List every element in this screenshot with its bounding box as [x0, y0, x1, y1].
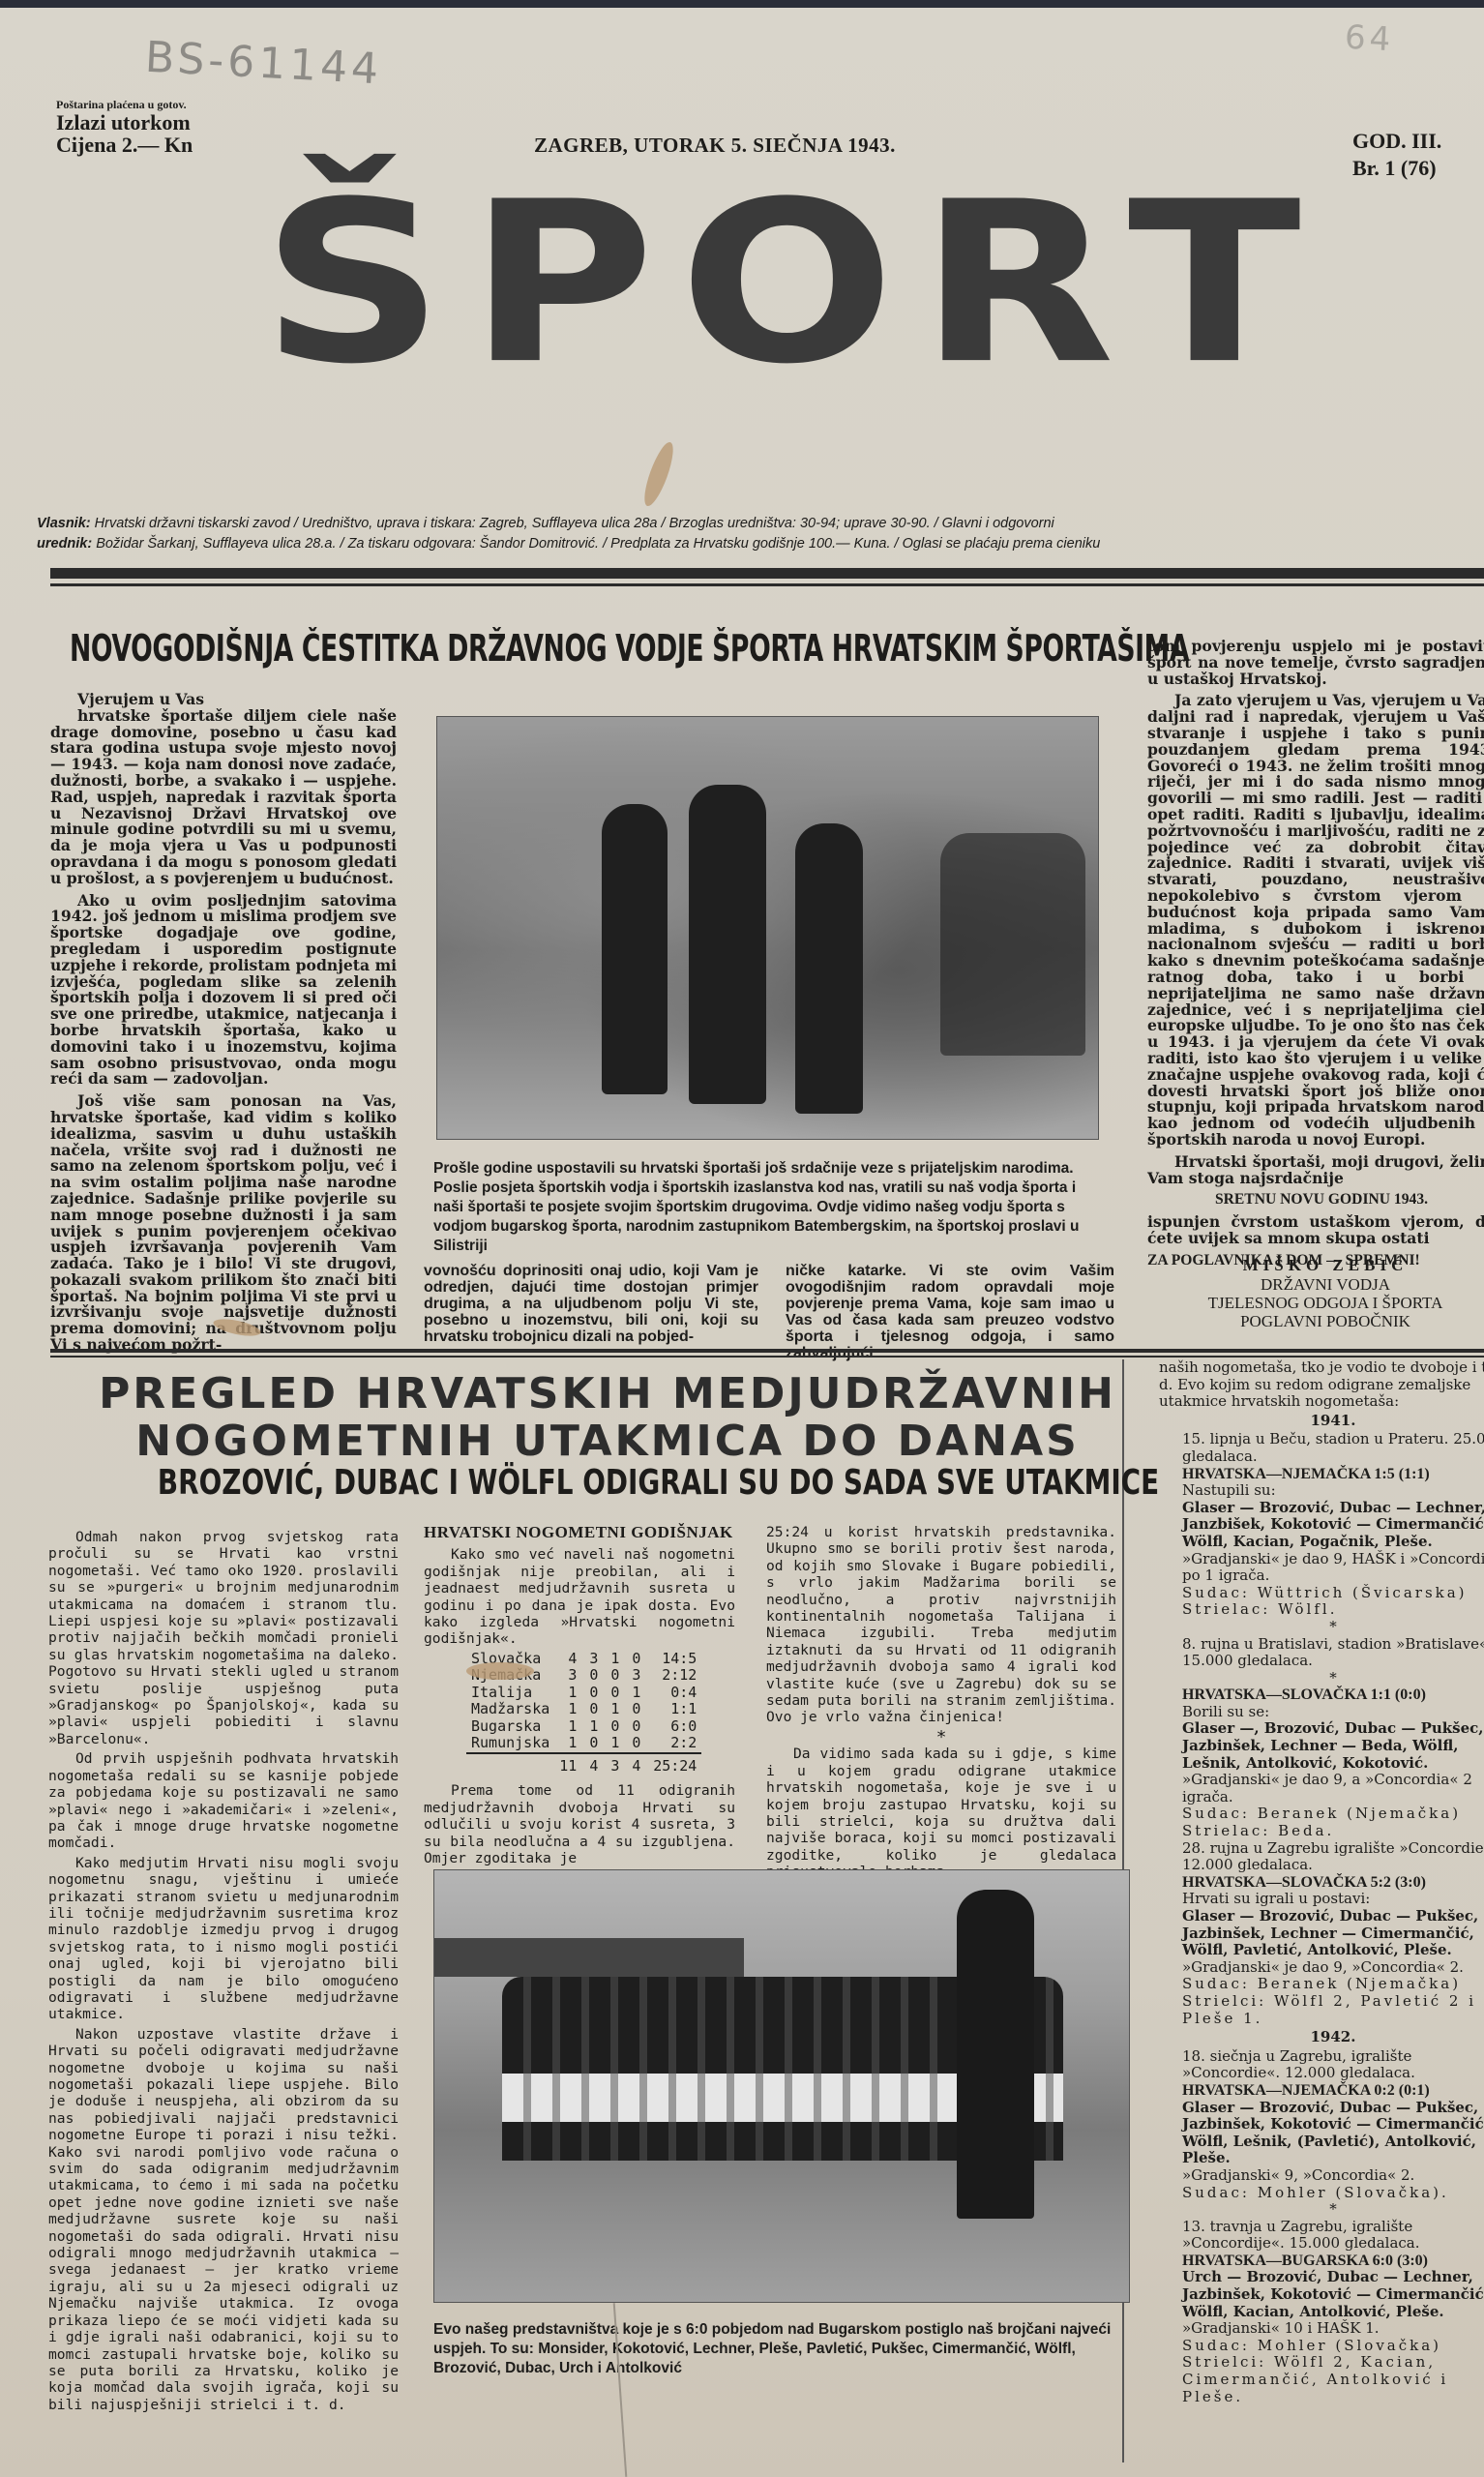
goals: 2:2 — [645, 1735, 701, 1753]
match3-lineup: Glaser — Brozović, Dubac — Pukšec, Jazbi… — [1159, 1908, 1484, 1959]
article1-col4-p1: tom povjerenju uspjelo mi je postaviti š… — [1147, 639, 1484, 687]
match5-lineup: Urch — Brozović, Dubac — Lechner, Jazbin… — [1159, 2269, 1484, 2320]
article1-col1: Vjerujem u Vas hrvatske športaše diljem … — [50, 692, 397, 1359]
won: 0 — [581, 1701, 603, 1718]
team-photo-caption: Evo našeg predstavništva koje je s 6:0 p… — [433, 2320, 1130, 2378]
total-goals: 25:24 — [645, 1753, 701, 1776]
article1-photo-caption: Prošle godine uspostavili su hrvatski šp… — [433, 1159, 1099, 1256]
won: 0 — [581, 1667, 603, 1685]
table-row: Bugarska11006:0 — [466, 1718, 701, 1736]
article2-p2: Od prvih uspješnih podhvata hrvatskih no… — [48, 1750, 399, 1851]
total-drawn: 3 — [603, 1753, 624, 1776]
played: 1 — [554, 1718, 581, 1736]
lost: 0 — [624, 1701, 645, 1718]
drawn: 1 — [603, 1701, 624, 1718]
team: Madžarska — [466, 1701, 554, 1718]
issue: Br. 1 (76) — [1352, 155, 1441, 182]
won: 3 — [581, 1651, 603, 1668]
match1-lineup-label: Nastupili su: — [1159, 1482, 1484, 1500]
imprint-line2: Božidar Šarkanj, Sufflayeva ulica 28.a. … — [96, 536, 1100, 552]
newspaper-logo: ŠPORT — [261, 172, 1325, 395]
photo-figure — [689, 785, 766, 1104]
played: 3 — [554, 1667, 581, 1685]
new-year-greeting: SRETNU NOVU GODINU 1943. — [1147, 1192, 1484, 1209]
drawn: 0 — [603, 1718, 624, 1736]
star-divider: * — [1159, 2201, 1484, 2219]
star-divider: * — [1159, 1670, 1484, 1687]
article1-photo — [436, 716, 1099, 1140]
imprint-line1: Hrvatski državni tiskarski zavod / Uredn… — [95, 516, 1054, 531]
newspaper-page: BS-61144 64 Poštarina plaćena u gotov. I… — [0, 0, 1484, 2477]
year-1942: 1942. — [1159, 2029, 1484, 2046]
masthead-info: Poštarina plaćena u gotov. Izlazi utorko… — [56, 99, 193, 156]
drawn: 0 — [603, 1685, 624, 1702]
imprint-editor-label: urednik: — [37, 536, 92, 552]
table-row: Madžarska10101:1 — [466, 1701, 701, 1718]
article1-col4: tom povjerenju uspjelo mi je postaviti š… — [1147, 639, 1484, 1274]
match5-clubs: »Gradjanski« 10 i HAŠK 1. — [1159, 2320, 1484, 2338]
goals: 6:0 — [645, 1718, 701, 1736]
price: Cijena 2.— Kn — [56, 134, 193, 156]
won: 1 — [581, 1718, 603, 1736]
goals: 1:1 — [645, 1701, 701, 1718]
table-total-row: 1143425:24 — [466, 1753, 701, 1776]
star-divider: * — [766, 1729, 1116, 1746]
article1-col4-p2: Ja zato vjerujem u Vas, vjerujem u Vaš d… — [1147, 693, 1484, 1148]
match1-scorer: Strielac: Wölfl. — [1159, 1601, 1484, 1619]
goals: 14:5 — [645, 1651, 701, 1668]
article2-headline: PREGLED HRVATSKIH MEDJUDRŽAVNIH NOGOMETN… — [95, 1370, 1120, 1465]
match4-referee: Sudac: Mohler (Slovačka). — [1159, 2185, 1484, 2202]
match4-lineup: Glaser — Brozović, Dubac — Pukšec, Jazbi… — [1159, 2100, 1484, 2167]
article2-col3: 25:24 u korist hrvatskih predstavnika. U… — [766, 1524, 1116, 1884]
team-photo — [433, 1869, 1130, 2303]
match1-referee: Sudac: Wüttrich (Švicarska) — [1159, 1585, 1484, 1602]
signature-title1: DRŽAVNI VODJA — [1151, 1275, 1484, 1294]
lost: 0 — [624, 1735, 645, 1753]
match3-referee: Sudac: Beranek (Njemačka) — [1159, 1976, 1484, 1993]
table-row: Rumunjska10102:2 — [466, 1735, 701, 1753]
played: 1 — [554, 1701, 581, 1718]
article1-headline: NOVOGODIŠNJA ČESTITKA DRŽAVNOG VODJE ŠPO… — [70, 627, 1189, 670]
lost: 0 — [624, 1718, 645, 1736]
total-lost: 4 — [624, 1753, 645, 1776]
match4-clubs: »Gradjanski« 9, »Concordia« 2. — [1159, 2167, 1484, 2185]
lost: 1 — [624, 1685, 645, 1702]
photo-figure — [795, 823, 863, 1114]
team: Bugarska — [466, 1718, 554, 1736]
team: Italija — [466, 1685, 554, 1702]
signature-title3: POGLAVNI POBOČNIK — [1151, 1312, 1484, 1330]
pencil-archive-mark: BS-61144 — [144, 33, 384, 95]
frequency: Izlazi utorkom — [56, 111, 193, 134]
yearbook-after: Prema tome od 11 odigranih medjudržavnih… — [424, 1782, 735, 1866]
yearbook-title: HRVATSKI NOGOMETNI GODIŠNJAK — [424, 1524, 735, 1540]
match1-clubs: »Gradjanski« je dao 9, HAŠK i »Concordia… — [1159, 1551, 1484, 1585]
article1-col2: vovnošću doprinositi onaj udio, koji Vam… — [424, 1263, 758, 1345]
imprint: Vlasnik: Hrvatski državni tiskarski zavo… — [37, 514, 1484, 554]
won: 0 — [581, 1735, 603, 1753]
played: 1 — [554, 1735, 581, 1753]
match2-venue: 8. rujna u Bratislavi, stadion »Bratisla… — [1159, 1636, 1484, 1670]
match5-referee: Sudac: Mohler (Slovačka) — [1159, 2338, 1484, 2355]
masthead-rule — [50, 568, 1484, 579]
article2-subheadline: BROZOVIĆ, DUBAC I WÖLFL ODIGRALI SU DO S… — [158, 1463, 1048, 1503]
team: Rumunjska — [466, 1735, 554, 1753]
drawn: 1 — [603, 1651, 624, 1668]
article1-col3: ničke katarke. Vi ste ovim Vašim ovogodi… — [786, 1263, 1114, 1361]
match3-title: HRVATSKA—SLOVAČKA 5:2 (3:0) — [1159, 1874, 1484, 1892]
signature-name: MIŠKO ZEBIĆ — [1151, 1256, 1484, 1275]
masthead-rule-thin — [50, 583, 1484, 586]
photo-figure — [602, 804, 668, 1094]
article1-p3: Još više sam ponosan na Vas, hrvatske šp… — [50, 1093, 397, 1354]
played: 1 — [554, 1685, 581, 1702]
match2-referee: Sudac: Beranek (Njemačka) — [1159, 1806, 1484, 1823]
match2-lineup-label: Borili su se: — [1159, 1704, 1484, 1721]
match-list-intro: naših nogometaša, tko je vodio te dvoboj… — [1159, 1359, 1484, 1411]
section-rule — [50, 1349, 1484, 1353]
article2-col3-p2: Da vidimo sada kada su i gdje, s kime i … — [766, 1746, 1116, 1880]
imprint-owner-label: Vlasnik: — [37, 516, 91, 531]
total-played: 11 — [554, 1753, 581, 1776]
article1-col4-p4: ispunjen čvrstom ustaškom vjerom, da ćet… — [1147, 1214, 1484, 1247]
section-rule-thin — [50, 1356, 1484, 1358]
article2-col3-p1: 25:24 u korist hrvatskih predstavnika. U… — [766, 1524, 1116, 1726]
match-list: naših nogometaša, tko je vodio te dvoboj… — [1159, 1359, 1484, 2405]
article2-headline-line2: NOGOMETNIH UTAKMICA DO DANAS — [95, 1418, 1120, 1465]
star-divider: * — [1159, 1619, 1484, 1636]
total-won: 4 — [581, 1753, 603, 1776]
issue-number: GOD. III. Br. 1 (76) — [1352, 128, 1441, 181]
match1-venue: 15. lipnja u Beču, stadion u Prateru. 25… — [1159, 1431, 1484, 1465]
article1-col4-p3: Hrvatski športaši, moji drugovi, želim V… — [1147, 1154, 1484, 1187]
played: 4 — [554, 1651, 581, 1668]
match1-lineup: Glaser — Brozović, Dubac — Lechner, Janz… — [1159, 1500, 1484, 1551]
match1-title: HRVATSKA—NJEMAČKA 1:5 (1:1) — [1159, 1466, 1484, 1483]
article1-p1: hrvatske športaše diljem ciele naše drag… — [50, 708, 397, 887]
won: 0 — [581, 1685, 603, 1702]
article2-headline-line1: PREGLED HRVATSKIH MEDJUDRŽAVNIH — [95, 1370, 1120, 1418]
article2-p3: Kako medjutim Hrvati nisu mogli svoju no… — [48, 1855, 399, 2023]
scan-top-edge — [0, 0, 1484, 8]
drawn: 1 — [603, 1735, 624, 1753]
photo-stand — [434, 1938, 744, 1977]
match4-venue: 18. siečnja u Zagrebu, igralište »Concor… — [1159, 2048, 1484, 2082]
signature-block: MIŠKO ZEBIĆ DRŽAVNI VODJA TJELESNOG ODGO… — [1151, 1256, 1484, 1330]
match3-clubs: »Gradjanski« je dao 9, »Concordia« 2. — [1159, 1959, 1484, 1977]
postage-note: Poštarina plaćena u gotov. — [56, 99, 193, 111]
yearbook-column: HRVATSKI NOGOMETNI GODIŠNJAK Kako smo ve… — [424, 1524, 735, 1869]
match3-scorers: Strielci: Wölfl 2, Pavletić 2 i Pleše 1. — [1159, 1993, 1484, 2027]
match2-lineup: Glaser —, Brozović, Dubac — Pukšec, Jazb… — [1159, 1720, 1484, 1772]
match3-lineup-label: Hrvati su igrali u postavi: — [1159, 1891, 1484, 1908]
photo-coach — [957, 1890, 1034, 2219]
year-1941: 1941. — [1159, 1413, 1484, 1430]
goals: 0:4 — [645, 1685, 701, 1702]
volume: GOD. III. — [1352, 128, 1441, 155]
table-row: Italija10010:4 — [466, 1685, 701, 1702]
photo-crowd — [940, 833, 1085, 1056]
yearbook-intro: Kako smo već naveli naš nogometni godišn… — [424, 1546, 735, 1647]
match3-venue: 28. rujna u Zagrebu igralište »Concordie… — [1159, 1840, 1484, 1874]
match2-clubs: »Gradjanski« je dao 9, a »Concordia« 2 i… — [1159, 1772, 1484, 1806]
article2-col1: Odmah nakon prvog svjetskog rata pročuli… — [48, 1529, 399, 2416]
match2-scorer: Strielac: Beda. — [1159, 1823, 1484, 1840]
lost: 3 — [624, 1667, 645, 1685]
article2-p1: Odmah nakon prvog svjetskog rata pročuli… — [48, 1529, 399, 1747]
pencil-mark-right: 64 — [1344, 18, 1395, 60]
match5-scorers: Strielci: Wölfl 2, Kacian, Cimermančić, … — [1159, 2354, 1484, 2405]
match5-title: HRVATSKA—BUGARSKA 6:0 (3:0) — [1159, 2253, 1484, 2270]
match5-venue: 13. travnja u Zagrebu, igralište »Concor… — [1159, 2219, 1484, 2253]
lost: 0 — [624, 1651, 645, 1668]
article1-p2: Ako u ovim posljednjim satovima 1942. jo… — [50, 893, 397, 1089]
article2-p4: Nakon uzpostave vlastite države i Hrvati… — [48, 2026, 399, 2413]
paper-stain — [466, 1662, 534, 1680]
goals: 2:12 — [645, 1667, 701, 1685]
match4-title: HRVATSKA—NJEMAČKA 0:2 (0:1) — [1159, 2082, 1484, 2100]
signature-title2: TJELESNOG ODGOJA I ŠPORTA — [1151, 1294, 1484, 1312]
paper-stain — [639, 439, 679, 509]
match2-title: HRVATSKA—SLOVAČKA 1:1 (0:0) — [1159, 1686, 1484, 1704]
drawn: 0 — [603, 1667, 624, 1685]
